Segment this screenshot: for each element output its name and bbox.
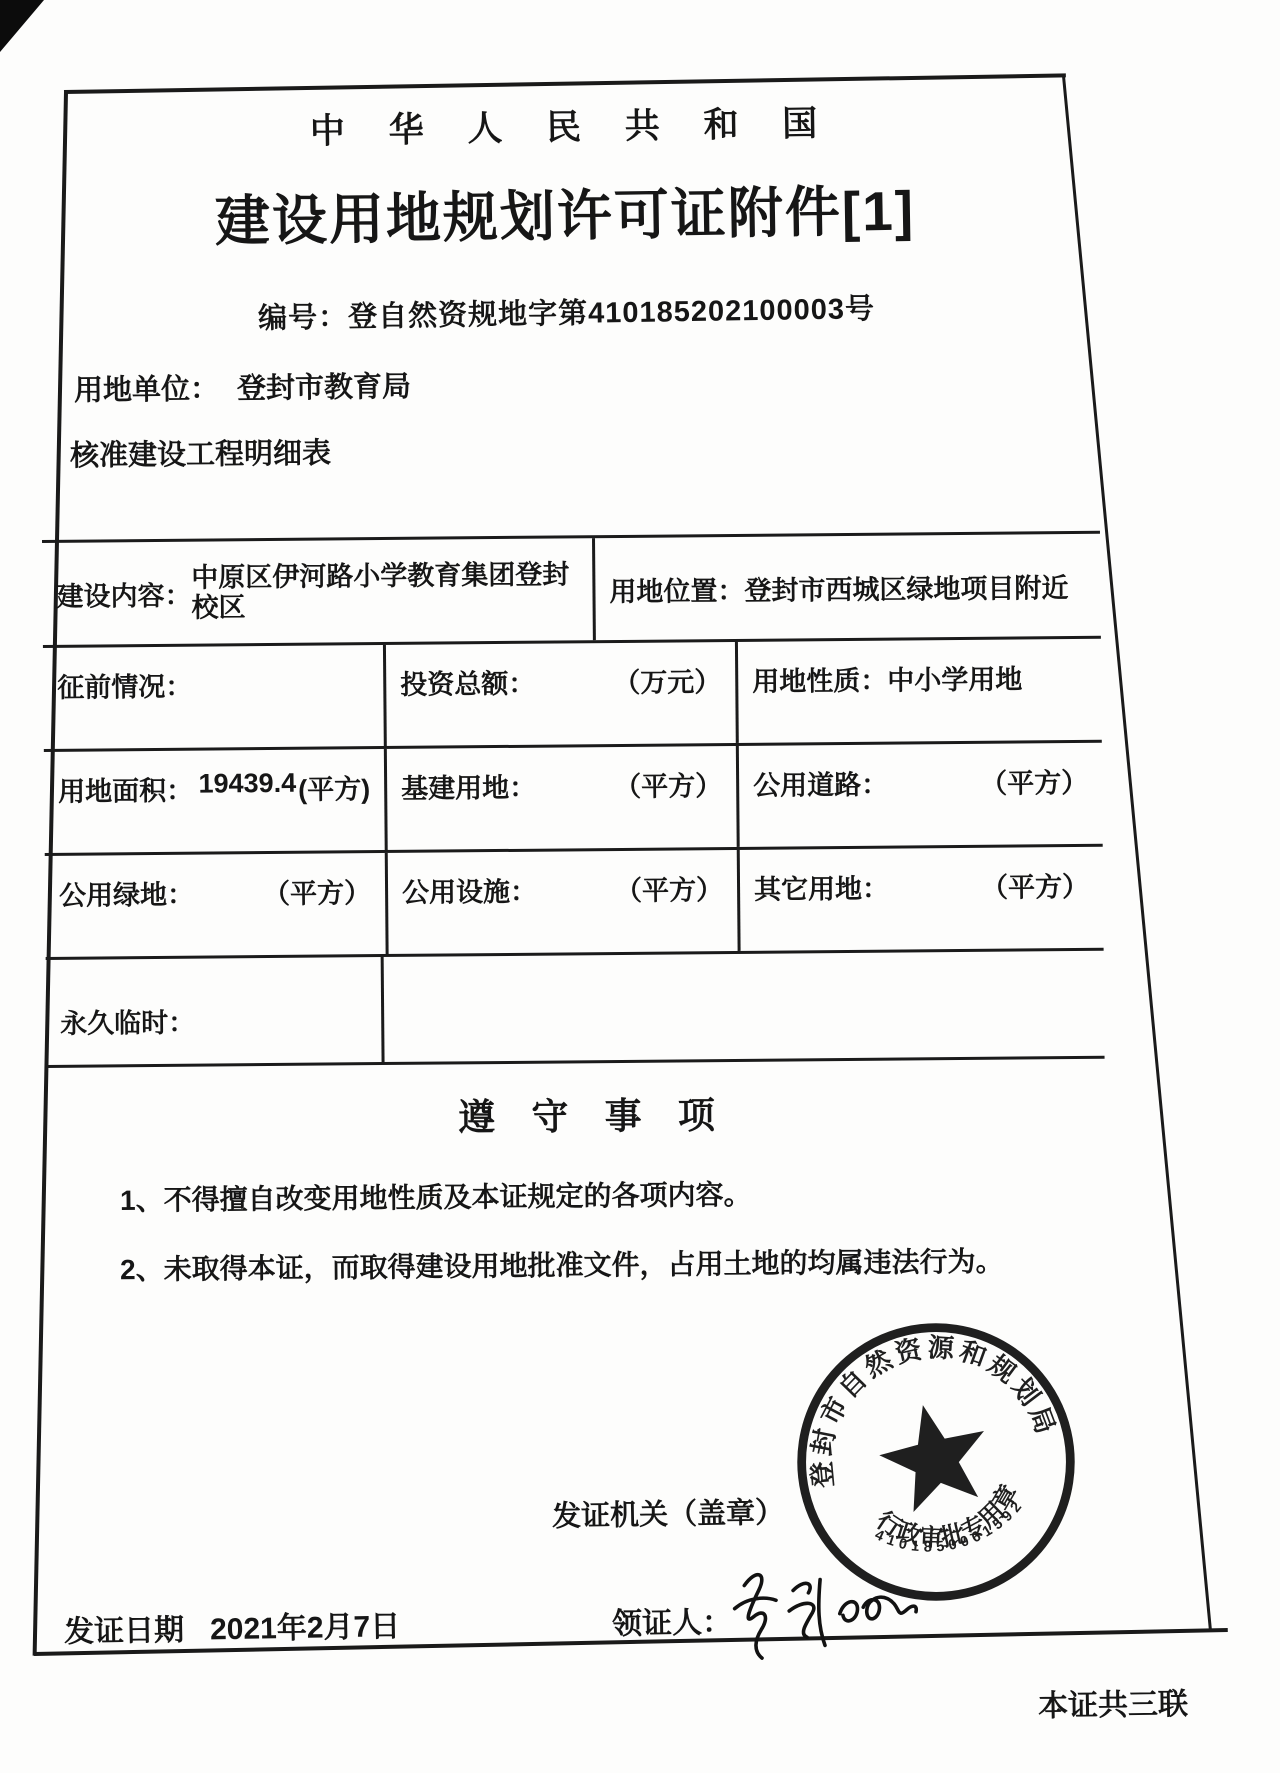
table-row: 用地面积： 19439.4 (平方) 基建用地： （平方） 公用道路： （平方） — [44, 743, 1103, 856]
public-facility-cell: 公用设施： （平方） — [388, 850, 741, 954]
land-area-label: 用地面积： — [58, 769, 193, 809]
document-title: 建设用地规划许可证附件[1] — [64, 164, 1065, 259]
land-nature-label: 用地性质： — [752, 659, 887, 699]
issue-date-line: 发证日期2021年2月7日 — [64, 1601, 401, 1651]
land-nature-cell: 用地性质： 中小学用地 — [738, 639, 1102, 743]
notice-title: 遵 守 事 项 — [300, 1084, 873, 1143]
table-row: 建设内容： 中原区伊河路小学教育集团登封校区 用地位置： 登封市西城区绿地项目附… — [42, 534, 1101, 648]
scanned-permit-page: { "header": { "country": "中 华 人 民 共 和 国"… — [0, 0, 1280, 1773]
document-header: 中 华 人 民 共 和 国 建设用地规划许可证附件[1] 编号：登自然资规地字第… — [63, 92, 1067, 340]
location-label: 用地位置： — [609, 568, 744, 608]
empty-cell — [384, 951, 1105, 1062]
public-facility-unit: （平方） — [615, 868, 723, 908]
land-area-cell: 用地面积： 19439.4 (平方) — [44, 749, 388, 853]
country-name: 中 华 人 民 共 和 国 — [63, 92, 1064, 158]
public-road-cell: 公用道路： （平方） — [739, 743, 1103, 847]
land-area-value: 19439.4 — [198, 768, 296, 800]
notice-item-1: 1、不得擅自改变用地性质及本证规定的各项内容。 — [120, 1173, 752, 1219]
public-road-unit: （平方） — [980, 761, 1088, 801]
infrastructure-label: 基建用地： — [401, 766, 536, 806]
location-value: 登封市西城区绿地项目附近 — [744, 566, 1068, 608]
land-location-cell: 用地位置： 登封市西城区绿地项目附近 — [595, 534, 1101, 640]
recipient-signature — [726, 1545, 947, 1686]
document-border-top — [64, 73, 1066, 94]
land-user-label: 用地单位： — [74, 373, 219, 407]
issue-date-label: 发证日期 — [64, 1614, 185, 1649]
recipient-label: 领证人： — [612, 1606, 733, 1641]
construction-label: 建设内容： — [56, 573, 191, 613]
public-green-cell: 公用绿地： （平方） — [45, 853, 389, 957]
table-title: 核准建设工程明细表 — [70, 431, 331, 475]
scan-corner-artifact — [0, 0, 44, 52]
seal-star-icon — [871, 1393, 999, 1517]
issue-date-value: 2021年2月7日 — [210, 1610, 401, 1646]
serial-number: 编号：登自然资规地字第410185202100003号 — [66, 283, 1067, 340]
land-user-line: 用地单位：登封市教育局 — [74, 364, 412, 409]
issuing-authority-label: 发证机关（盖章） — [552, 1490, 785, 1535]
land-user-value: 登封市教育局 — [237, 371, 411, 405]
permanent-temporary-label: 永久临时： — [60, 1001, 195, 1041]
table-row: 公用绿地： （平方） 公用设施： （平方） 其它用地： （平方） — [45, 847, 1104, 960]
approved-projects-table: 建设内容： 中原区伊河路小学教育集团登封校区 用地位置： 登封市西城区绿地项目附… — [42, 531, 1105, 1068]
recipient-line: 领证人： — [612, 1597, 733, 1643]
land-area-unit: (平方) — [298, 767, 370, 807]
table-row: 永久临时： — [46, 951, 1105, 1068]
land-nature-value: 中小学用地 — [887, 657, 1022, 697]
public-green-unit: （平方） — [263, 871, 371, 911]
other-land-cell: 其它用地： （平方） — [740, 847, 1104, 951]
investment-cell: 投资总额： （万元） — [386, 642, 739, 746]
pre-condition-cell: 征前情况： — [43, 645, 387, 749]
investment-label: 投资总额： — [400, 662, 535, 702]
public-green-label: 公用绿地： — [59, 873, 194, 913]
copies-note: 本证共三联 — [1038, 1679, 1189, 1725]
infrastructure-unit: （平方） — [614, 764, 722, 804]
permanent-temporary-cell: 永久临时： — [46, 957, 385, 1065]
pre-condition-label: 征前情况： — [57, 665, 192, 705]
infrastructure-cell: 基建用地： （平方） — [387, 746, 740, 850]
public-facility-label: 公用设施： — [402, 870, 537, 910]
construction-value: 中原区伊河路小学教育集团登封校区 — [191, 559, 579, 623]
investment-unit: （万元） — [613, 660, 721, 700]
public-road-label: 公用道路： — [753, 763, 888, 803]
signature-strokes — [726, 1545, 947, 1686]
other-land-unit: （平方） — [981, 865, 1089, 905]
construction-content-cell: 建设内容： 中原区伊河路小学教育集团登封校区 — [42, 538, 596, 645]
table-row: 征前情况： 投资总额： （万元） 用地性质： 中小学用地 — [43, 639, 1102, 752]
notice-item-2: 2、未取得本证，而取得建设用地批准文件，占用土地的均属违法行为。 — [120, 1240, 1004, 1288]
other-land-label: 其它用地： — [754, 867, 889, 907]
